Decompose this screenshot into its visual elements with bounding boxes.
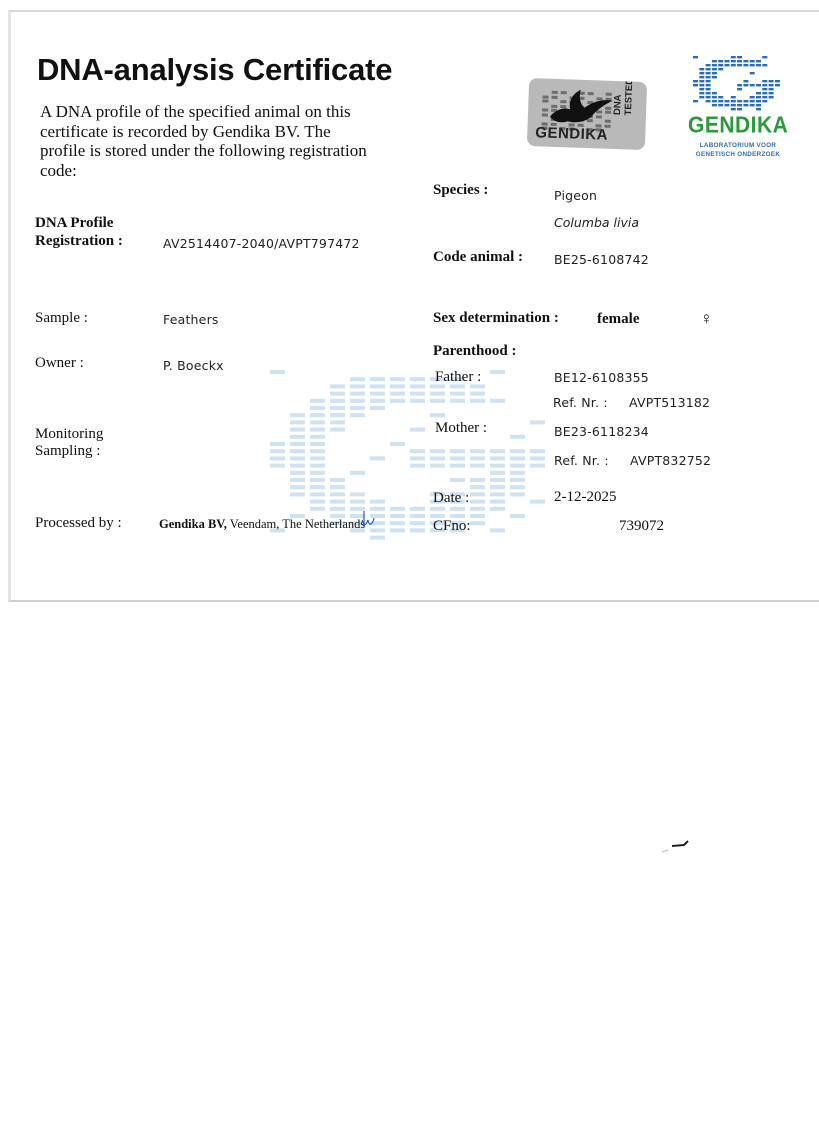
- dna-tested-sticker: GENDIKA DNA TESTED: [527, 78, 647, 150]
- species-latin: Columba livia: [554, 215, 639, 230]
- registration-label: Registration :: [35, 233, 123, 250]
- monitoring-label: Monitoring: [35, 426, 103, 443]
- code-animal-label: Code animal :: [433, 249, 523, 266]
- female-symbol-icon: ♀: [700, 309, 713, 329]
- gendika-g-icon: [693, 56, 783, 112]
- sex-value: female: [597, 311, 639, 328]
- logo-subtitle: LABORATORIUM VOOR GENETISCH ONDERZOEK: [688, 142, 788, 159]
- sticker-label: DNA TESTED: [612, 78, 635, 116]
- intro-text: A DNA profile of the specified animal on…: [40, 102, 380, 180]
- gendika-logo: GENDIKA LABORATORIUM VOOR GENETISCH ONDE…: [688, 56, 788, 159]
- mother-ref-value: AVPT832752: [630, 453, 711, 468]
- registration-value: AV2514407-2040/AVPT797472: [163, 236, 360, 251]
- father-label: Father :: [435, 369, 481, 386]
- sticker-brand: GENDIKA: [535, 124, 608, 144]
- cfno-label: CFno:: [433, 518, 471, 535]
- sampling-label: Sampling :: [35, 443, 100, 460]
- owner-label: Owner :: [35, 355, 84, 372]
- mother-code: BE23-6118234: [554, 424, 649, 439]
- dna-profile-label: DNA Profile: [35, 215, 113, 232]
- species-common: Pigeon: [554, 188, 597, 203]
- sample-value: Feathers: [163, 312, 219, 327]
- page-title: DNA-analysis Certificate: [37, 52, 392, 88]
- date-value: 2-12-2025: [554, 489, 617, 506]
- scan-mark: [658, 838, 692, 858]
- sex-determination-label: Sex determination :: [433, 310, 559, 327]
- date-label: Date :: [433, 490, 469, 507]
- code-animal-value: BE25-6108742: [554, 252, 649, 267]
- father-ref-value: AVPT513182: [629, 395, 710, 410]
- father-code: BE12-6108355: [554, 370, 649, 385]
- father-ref-label: Ref. Nr. :: [553, 395, 608, 410]
- processed-by-label: Processed by :: [35, 515, 122, 532]
- processed-by-value: Gendika BV, Veendam, The Netherlands: [159, 517, 365, 532]
- species-label: Species :: [433, 182, 488, 199]
- mother-ref-label: Ref. Nr. :: [554, 453, 609, 468]
- logo-brand: GENDIKA: [688, 113, 788, 139]
- signature-mark: [360, 510, 378, 530]
- sample-label: Sample :: [35, 310, 88, 327]
- mother-label: Mother :: [435, 420, 487, 437]
- owner-value: P. Boeckx: [163, 358, 224, 373]
- cfno-value: 739072: [619, 518, 664, 535]
- parenthood-label: Parenthood :: [433, 343, 516, 360]
